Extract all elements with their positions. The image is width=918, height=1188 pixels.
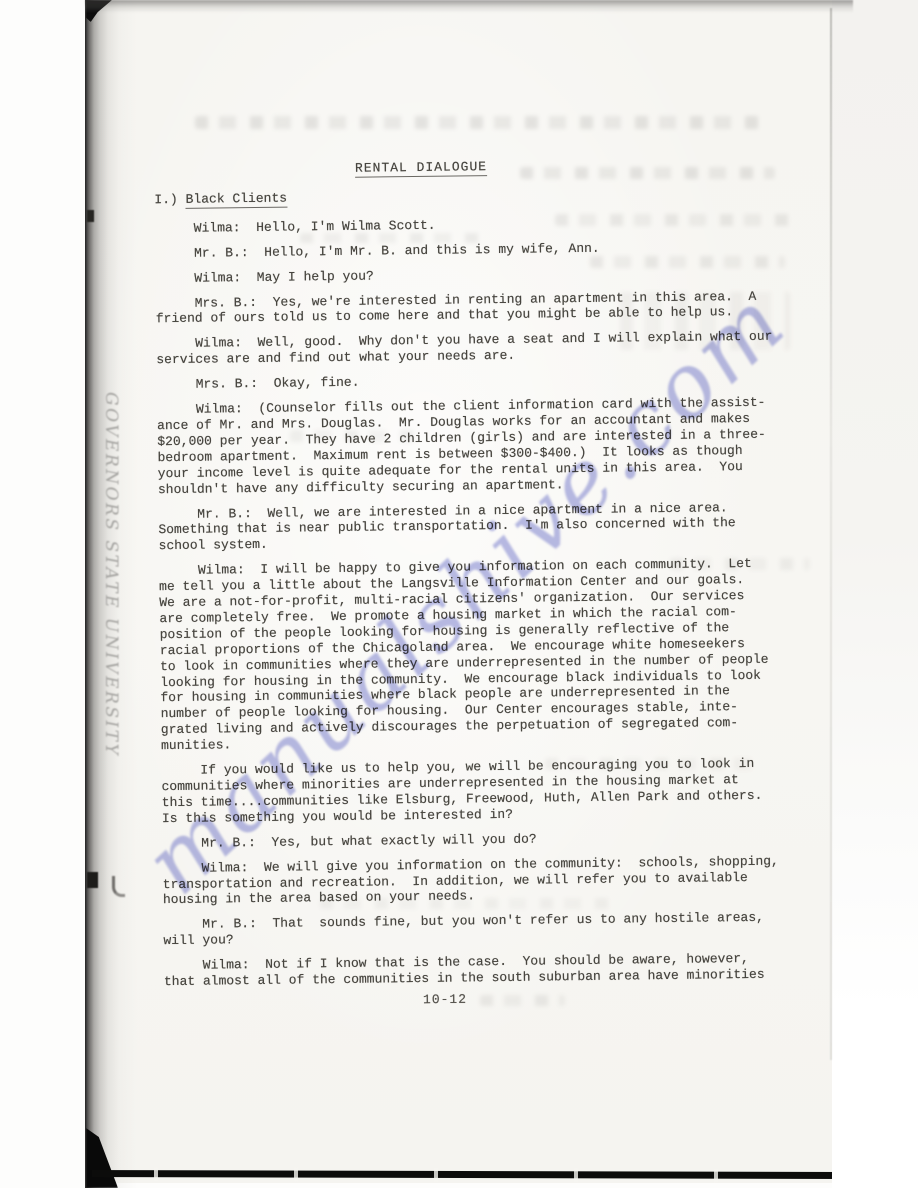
dialogue-paragraph: Wilma: May I help you?: [155, 263, 805, 287]
dialogue-paragraph: Mr. B.: Hello, I'm Mr. B. and this is my…: [155, 238, 805, 262]
section-heading: I.) Black Clients: [154, 184, 804, 208]
dialogue-paragraph: Wilma: We will give you information on t…: [162, 853, 813, 909]
dialogue-paragraph: Mr. B.: Well, we are interested in a nic…: [158, 499, 809, 555]
page-bottom-edge-shadow: [92, 1167, 832, 1183]
spine-stamp-text: GOVERNORS STATE UNIVERSITY: [101, 392, 121, 757]
spine-ink-mark: [87, 210, 94, 222]
page-top-edge-shadow: [85, 0, 853, 13]
section-number: I.): [154, 192, 185, 207]
dialogue-paragraph: Mr. B.: Yes, but what exactly will you d…: [162, 828, 812, 852]
dialogue-paragraph: Wilma: Hello, I'm Wilma Scott.: [155, 213, 805, 237]
scan-background-right: [832, 0, 918, 1188]
spine-ink-mark: [87, 872, 98, 888]
dialogue-paragraph: Mrs. B.: Yes, we're interested in rentin…: [156, 288, 806, 328]
dialogue-paragraph: Wilma: Not if I know that is the case. Y…: [164, 950, 814, 990]
spine-pen-squiggle: [112, 876, 125, 897]
dialogue-paragraph: If you would like us to help you, we wil…: [161, 755, 812, 827]
page-number: 10-12: [385, 991, 505, 1007]
scanned-document-photo: { "doc": { "title": "RENTAL DIALOGUE", "…: [0, 0, 918, 1188]
dialogue-paragraph: Mr. B.: That sounds fine, but you won't …: [163, 910, 813, 950]
page-right-edge: [830, 8, 832, 1060]
bleed-through-smudge: [195, 116, 765, 129]
dialogue-paragraph: Wilma: (Counselor fills out the client i…: [157, 394, 808, 497]
section-title: Black Clients: [186, 190, 288, 208]
typewritten-text-block: RENTAL DIALOGUE I.) Black Clients Wilma:…: [154, 155, 814, 999]
dialogue-paragraph: Wilma: Well, good. Why don't you have a …: [156, 329, 806, 369]
dialogue-paragraph: Wilma: I will be happy to give you infor…: [159, 555, 811, 754]
dialogue-paragraph: Mrs. B.: Okay, fine.: [157, 369, 807, 393]
